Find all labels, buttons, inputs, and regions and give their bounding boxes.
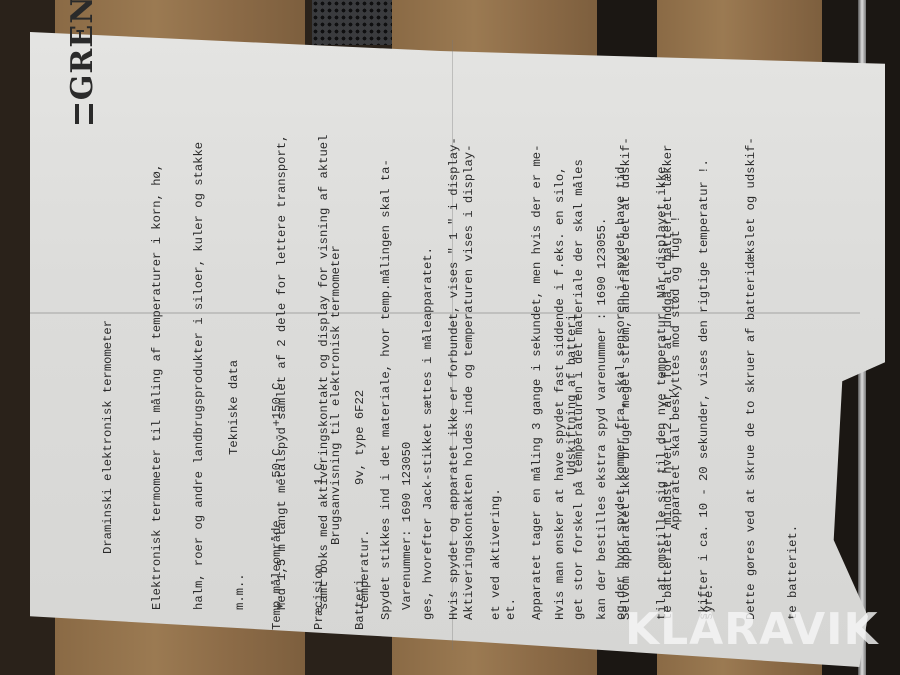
manual-text-instructions: Brugsanvisning til elektronisk termomete…: [330, 80, 900, 640]
text-line: Spydet stikkes ind i det materiale, hvor…: [380, 145, 394, 620]
text-line: te batteriet.: [787, 137, 801, 620]
spec-label: Temp.måleområde: [271, 520, 285, 630]
grene-logo-icon: [75, 104, 93, 124]
text-line: Elektronisk termometer til måling af tem…: [151, 135, 165, 610]
brand-logo: GRENE: [38, 0, 128, 170]
text-line: Dette gøres ved at skrue de to skruer af…: [745, 137, 759, 620]
battery-heading: Udskiftning af batteri: [566, 314, 580, 475]
battery-paragraph-1: Selvom apparatet ikke bruger meget strøm…: [592, 137, 828, 620]
technical-data-heading: Tekniske data: [228, 360, 242, 455]
text-line: Hvis spydet og apparatet ikke er forbund…: [448, 137, 462, 620]
text-line: syre.: [703, 137, 717, 620]
brand-name: GRENE: [65, 0, 100, 100]
document-title: Draminski elektronisk termometer: [102, 320, 116, 554]
text-line: Selvom apparatet ikke bruger meget strøm…: [620, 137, 634, 620]
text-line: halm, roer og andre landbrugsprodukter i…: [193, 135, 207, 610]
text-line: et ved aktivering.: [490, 137, 504, 620]
spec-value: 1 C: [313, 383, 327, 485]
spec-value: -50 C - +150 C: [271, 383, 285, 485]
klaravik-watermark: KLARAVIK: [625, 604, 879, 655]
metal-mesh: [312, 0, 392, 45]
spec-label: Præcision: [313, 520, 327, 630]
instructions-heading: Brugsanvisning til elektronisk termomete…: [330, 245, 344, 545]
warning-note: Apparatet skal beskyttes mod stød og fug…: [670, 216, 684, 531]
